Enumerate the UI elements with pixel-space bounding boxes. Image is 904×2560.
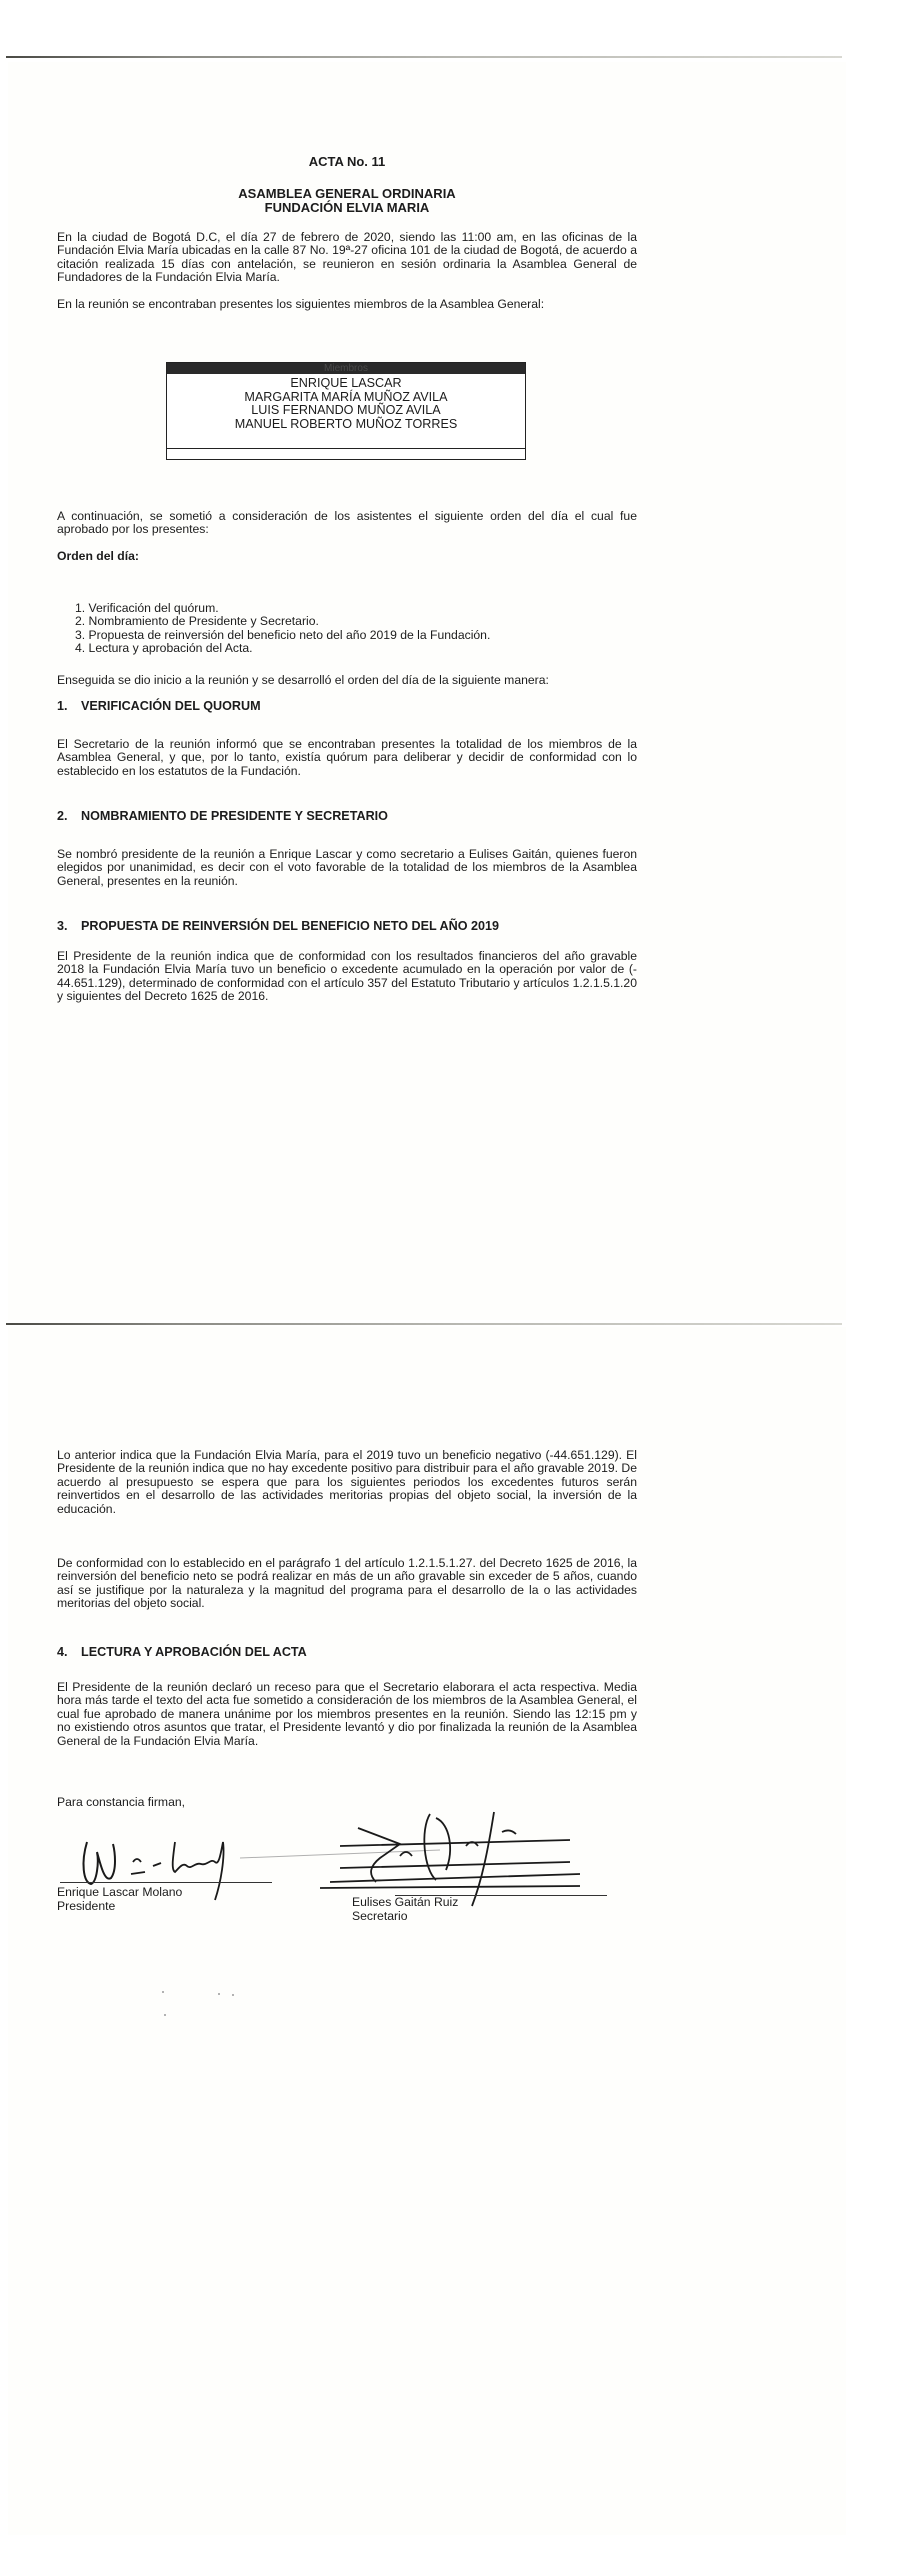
scan-artifact bbox=[232, 1994, 234, 1996]
section-number: 3. bbox=[57, 920, 81, 933]
member-name: ENRIQUE LASCAR bbox=[167, 377, 525, 391]
section-heading-1: 1.VERIFICACIÓN DEL QUORUM bbox=[57, 700, 637, 713]
section-title: VERIFICACIÓN DEL QUORUM bbox=[81, 699, 261, 713]
section-3-paragraph-3: De conformidad con lo establecido en el … bbox=[57, 1557, 637, 1611]
section-heading-2: 2.NOMBRAMIENTO DE PRESIDENTE Y SECRETARI… bbox=[57, 810, 637, 823]
closing-text: Para constancia firman, bbox=[57, 1796, 637, 1809]
document-subtitle-line1: ASAMBLEA GENERAL ORDINARIA bbox=[57, 187, 637, 200]
document-subtitle-line2: FUNDACIÓN ELVIA MARIA bbox=[57, 201, 637, 214]
document-title: ACTA No. 11 bbox=[57, 155, 637, 168]
development-intro: Enseguida se dio inicio a la reunión y s… bbox=[57, 674, 637, 687]
member-name: LUIS FERNANDO MUÑOZ AVILA bbox=[167, 404, 525, 418]
agenda-heading: Orden del día: bbox=[57, 550, 637, 563]
section-heading-4: 4.LECTURA Y APROBACIÓN DEL ACTA bbox=[57, 1646, 637, 1659]
section-3-paragraph-2: Lo anterior indica que la Fundación Elvi… bbox=[57, 1449, 637, 1516]
section-number: 2. bbox=[57, 810, 81, 823]
section-1-paragraph: El Secretario de la reunión informó que … bbox=[57, 738, 637, 778]
secretary-role: Secretario bbox=[352, 1910, 552, 1923]
agenda-item: 4. Lectura y aprobación del Acta. bbox=[75, 642, 655, 655]
intro-paragraph: En la ciudad de Bogotá D.C, el día 27 de… bbox=[57, 231, 637, 285]
member-name: MANUEL ROBERTO MUÑOZ TORRES bbox=[167, 418, 525, 432]
section-4-paragraph: El Presidente de la reunión declaró un r… bbox=[57, 1681, 637, 1748]
section-number: 1. bbox=[57, 700, 81, 713]
agenda-list: 1. Verificación del quórum. 2. Nombramie… bbox=[75, 602, 655, 656]
member-name: MARGARITA MARÍA MUÑOZ AVILA bbox=[167, 391, 525, 405]
section-2-paragraph: Se nombró presidente de la reunión a Enr… bbox=[57, 848, 637, 888]
section-title: LECTURA Y APROBACIÓN DEL ACTA bbox=[81, 1645, 307, 1659]
members-table-divider bbox=[167, 448, 525, 449]
section-heading-3: 3.PROPUESTA DE REINVERSIÓN DEL BENEFICIO… bbox=[57, 920, 637, 933]
president-name: Enrique Lascar Molano bbox=[57, 1886, 257, 1899]
members-intro: En la reunión se encontraban presentes l… bbox=[57, 298, 637, 311]
agenda-intro: A continuación, se sometió a consideraci… bbox=[57, 510, 637, 537]
page-break-divider bbox=[6, 1323, 842, 1325]
scan-artifact bbox=[218, 1993, 220, 1995]
scan-artifact bbox=[164, 2014, 166, 2016]
agenda-item: 2. Nombramiento de Presidente y Secretar… bbox=[75, 615, 655, 628]
members-table-header: Miembros bbox=[167, 363, 525, 374]
agenda-item: 1. Verificación del quórum. bbox=[75, 602, 655, 615]
members-table: Miembros ENRIQUE LASCAR MARGARITA MARÍA … bbox=[166, 362, 526, 460]
agenda-item: 3. Propuesta de reinversión del benefici… bbox=[75, 629, 655, 642]
president-role: Presidente bbox=[57, 1900, 257, 1913]
section-3-paragraph-1: El Presidente de la reunión indica que d… bbox=[57, 950, 637, 1004]
section-title: PROPUESTA DE REINVERSIÓN DEL BENEFICIO N… bbox=[81, 919, 499, 933]
scan-artifact bbox=[162, 1991, 164, 1993]
section-number: 4. bbox=[57, 1646, 81, 1659]
section-title: NOMBRAMIENTO DE PRESIDENTE Y SECRETARIO bbox=[81, 809, 388, 823]
page-top-edge bbox=[6, 56, 842, 58]
secretary-name: Eulises Gaitán Ruiz bbox=[352, 1896, 552, 1909]
